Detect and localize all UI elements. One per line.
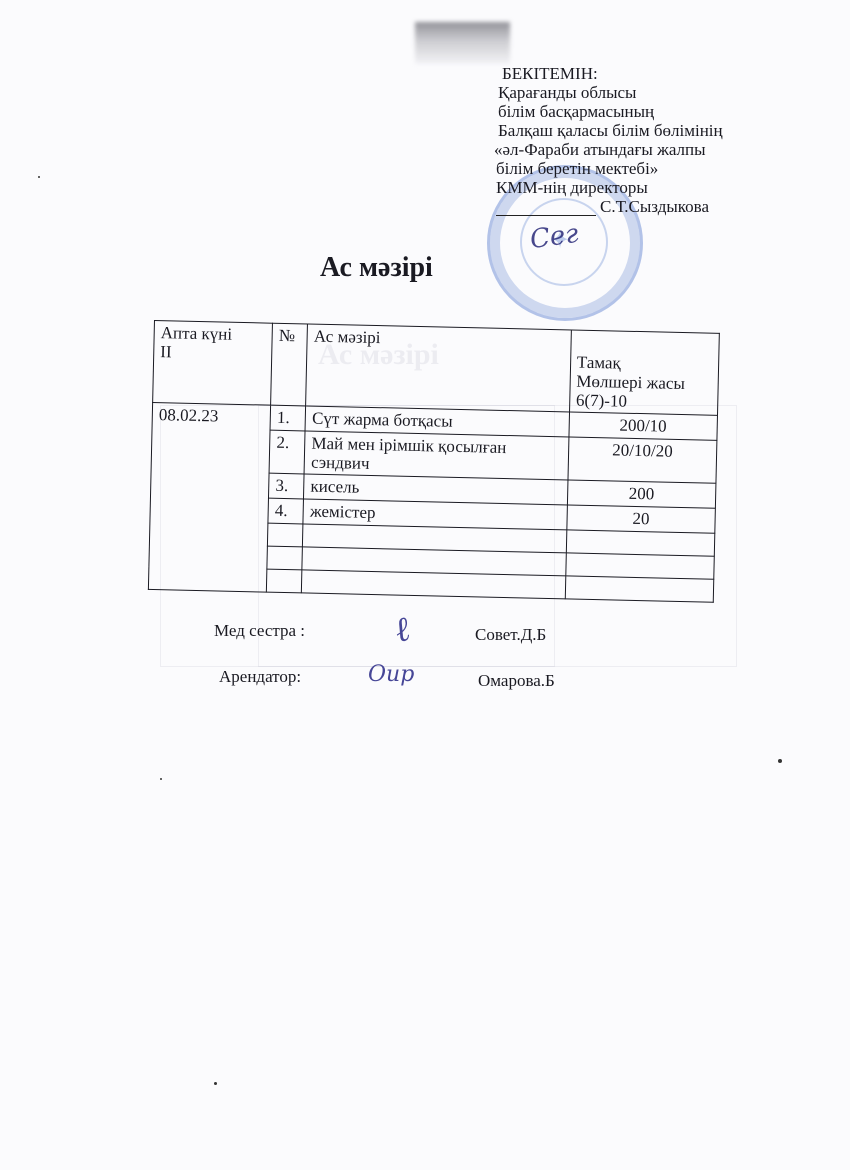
header-day-label: Апта күні [160, 323, 266, 344]
approval-line: Балқаш қаласы білім бөлімінің [496, 121, 723, 140]
scan-smudge [415, 22, 510, 64]
row-number [267, 546, 303, 570]
dish-quantity: 20 [567, 505, 716, 533]
header-day: Апта күні II [153, 321, 273, 406]
approval-line: Қарағанды облысы [496, 83, 723, 102]
scan-speck [214, 1082, 217, 1085]
tenant-signature: Оир [368, 662, 414, 687]
signature-underline [496, 201, 596, 216]
dish-quantity [566, 530, 715, 556]
header-number: № [271, 323, 308, 406]
director-signature-line: С.Т.Сыздыкова [496, 197, 723, 216]
row-number: 3. [269, 473, 305, 499]
row-number: 2. [269, 430, 305, 474]
approval-heading: БЕКІТЕМІН: [496, 64, 723, 83]
nurse-label: Мед сестра : [214, 621, 305, 641]
header-quantity-line: 6(7)-10 [576, 391, 712, 413]
row-number [268, 523, 304, 547]
table-header-row: Апта күні II № Ас мәзірі Тамақ Мөлшері ж… [153, 321, 720, 416]
scan-speck [778, 759, 782, 763]
approval-line: білім беретін мектебі» [496, 159, 723, 178]
approval-block: БЕКІТЕМІН: Қарағанды облысы білім басқар… [496, 64, 723, 216]
dish-quantity [566, 553, 715, 579]
scan-speck [38, 176, 40, 178]
menu-table: Апта күні II № Ас мәзірі Тамақ Мөлшері ж… [148, 320, 720, 603]
dish-quantity: 200 [567, 480, 716, 508]
header-quantity: Тамақ Мөлшері жасы 6(7)-10 [569, 330, 719, 415]
approval-line: «әл-Фараби атындағы жалпы [494, 140, 723, 159]
row-number: 1. [270, 405, 306, 431]
header-dish: Ас мәзірі [306, 324, 571, 412]
row-number [267, 569, 303, 593]
row-number: 4. [268, 498, 304, 524]
approval-line: білім басқармасының [496, 102, 723, 121]
dish-name: Май мен ірімшік қосылған сэндвич [304, 431, 568, 480]
director-name: С.Т.Сыздыкова [600, 197, 709, 216]
tenant-name: Омарова.Б [478, 671, 555, 691]
dish-quantity [565, 576, 714, 602]
scan-speck [160, 778, 162, 780]
date-cell: 08.02.23 [148, 402, 270, 592]
tenant-label: Арендатор: [219, 667, 301, 687]
page-title: Ас мәзірі [320, 252, 433, 284]
nurse-name: Совет.Д.Б [475, 625, 546, 645]
approval-line: КММ-нің директоры [496, 178, 723, 197]
dish-quantity: 20/10/20 [568, 437, 717, 483]
dish-quantity: 200/10 [569, 412, 718, 440]
header-day-week: II [160, 342, 266, 363]
